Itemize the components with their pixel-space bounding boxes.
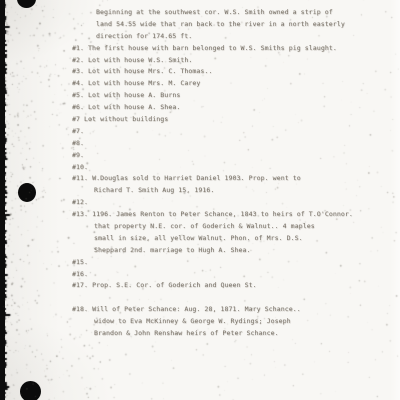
entry-continuation-line: that property N.E. cor. of Goderich & Wa…	[72, 221, 390, 233]
entry-number: #12.	[72, 197, 88, 209]
list-entry: #12.	[72, 197, 390, 209]
entry-number: #15.	[72, 257, 88, 269]
entry-continuation-line: small in size, all yellow Walnut. Phon. …	[72, 233, 390, 245]
entry-number: #4.	[72, 78, 84, 90]
entry-number: #3.	[72, 66, 84, 78]
entry-text: Prop. S.E. Cor. of Goderich and Queen St…	[92, 281, 257, 289]
entry-text: Will of Peter Schance: Aug. 28, 1871. Ma…	[92, 305, 301, 313]
entry-text: Lot with house Mrs. M. Carey	[88, 79, 200, 87]
list-entry: #11.W.Douglas sold to Harriet Daniel 190…	[72, 173, 390, 185]
scanned-document-page: Beginning at the southwest cor. W.S. Smi…	[0, 0, 400, 400]
paragraph-line: land 54.55 wide that ran back to the riv…	[72, 19, 390, 31]
entry-continuation-line: Richard T. Smith Aug 15, 1916.	[72, 185, 390, 197]
entry-number: #8.	[72, 138, 84, 150]
entry-number: #13.	[72, 209, 88, 221]
paragraph-line: direction for 174.65 ft.	[72, 31, 390, 43]
entry-text: Lot with house Mrs. C. Thomas..	[88, 67, 212, 75]
entry-number: #2.	[72, 55, 84, 67]
entry-text: Lot with house A. Shea.	[88, 103, 180, 111]
entry-number: #17.	[72, 280, 88, 292]
list-entry: #1.The first house with barn belonged to…	[72, 43, 390, 55]
entry-text: Lot with house A. Burns	[88, 91, 180, 99]
entry-number: #6.	[72, 102, 84, 114]
list-entry: #7Lot without buildings	[72, 114, 390, 126]
entry-number: #7	[72, 114, 80, 126]
entry-text: The first house with barn belonged to W.…	[88, 44, 337, 52]
scan-edge-strip	[0, 0, 5, 400]
entry-number: #9.	[72, 150, 84, 162]
entry-text: Lot with house W.S. Smith.	[88, 56, 192, 64]
list-entry: #9.	[72, 150, 390, 162]
entry-text: Lot without buildings	[84, 115, 168, 123]
list-entry: #7.	[72, 126, 390, 138]
entry-number: #18.	[72, 304, 88, 316]
list-entry: #5.Lot with house A. Burns	[72, 90, 390, 102]
list-entry: #4.Lot with house Mrs. M. Carey	[72, 78, 390, 90]
list-entry: #13.1196. James Renton to Peter Schance,…	[72, 209, 390, 221]
paragraph-line: Beginning at the southwest cor. W.S. Smi…	[72, 7, 390, 19]
punch-hole-bottom	[20, 381, 41, 400]
entry-number: #1.	[72, 43, 84, 55]
entry-number: #7.	[72, 126, 84, 138]
list-entry: #18.Will of Peter Schance: Aug. 28, 1871…	[72, 304, 390, 316]
entry-number: #11.	[72, 173, 88, 185]
entry-continuation-line: Brandon & John Renshaw heirs of Peter Sc…	[72, 328, 390, 340]
list-entry: #16.	[72, 269, 390, 281]
entry-number: #16.	[72, 269, 88, 281]
entry-number: #10.	[72, 162, 88, 174]
blank-line	[72, 292, 390, 304]
punch-hole-middle	[18, 183, 36, 202]
entry-continuation-line: widow to Eva McKinney & George W. Ryding…	[72, 316, 390, 328]
list-entry: #15.	[72, 257, 390, 269]
punch-hole-top	[17, 0, 36, 8]
list-entry: #3.Lot with house Mrs. C. Thomas..	[72, 66, 390, 78]
document-text-block: Beginning at the southwest cor. W.S. Smi…	[72, 7, 390, 340]
entry-number: #5.	[72, 90, 84, 102]
list-entry: #17.Prop. S.E. Cor. of Goderich and Quee…	[72, 280, 390, 292]
entry-text: W.Douglas sold to Harriet Daniel 1903. P…	[92, 174, 301, 182]
entry-text: 1196. James Renton to Peter Schance, 184…	[92, 210, 353, 218]
entry-continuation-line: Sheppard 2nd. marriage to Hugh A. Shea.	[72, 245, 390, 257]
list-entry: #8.	[72, 138, 390, 150]
list-entry: #10.	[72, 162, 390, 174]
list-entry: #2.Lot with house W.S. Smith.	[72, 55, 390, 67]
list-entry: #6.Lot with house A. Shea.	[72, 102, 390, 114]
